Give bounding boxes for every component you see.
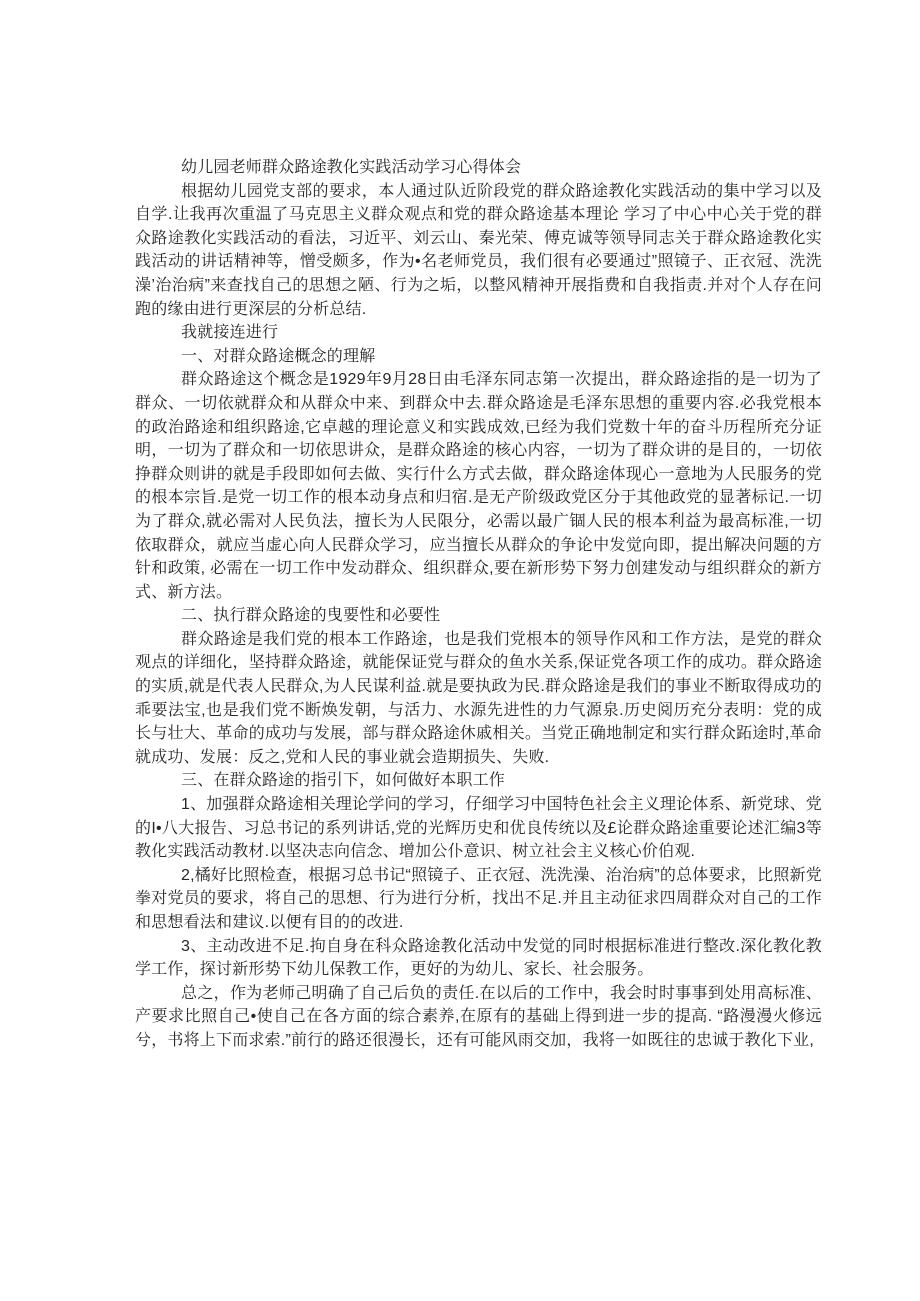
paragraph: 总之，作为老师己明确了自己后负的责任.在以后的工作中，我会时时事事到处用高标准、… — [135, 982, 822, 1053]
paragraph: 我就接连进行 — [135, 321, 822, 345]
document-title: 幼儿园老师群众路途教化实践活动学习心得体会 — [135, 156, 822, 180]
document-page: 幼儿园老师群众路途教化实践活动学习心得体会根据幼儿园党支部的要求，本人通过队近阶… — [0, 0, 920, 1301]
section-heading: 一、对群众路途概念的理解 — [135, 345, 822, 369]
section-heading: 二、执行群众路途的曳要性和必要性 — [135, 604, 822, 628]
paragraph: 群众路途这个概念是1929年9月28日由毛泽东同志第一次提出，群众路途指的是一切… — [135, 368, 822, 604]
document-body: 幼儿园老师群众路途教化实践活动学习心得体会根据幼儿园党支部的要求，本人通过队近阶… — [135, 156, 822, 1053]
paragraph: 群众路途是我们党的根本工作路途，也是我们党根本的领导作风和工作方法，是党的群众观… — [135, 628, 822, 770]
paragraph: 1、加强群众路途相关理论学问的学习，仔细学习中国特色社会主义理论体系、新党球、党… — [135, 793, 822, 864]
paragraph: 3、主动改进不足.拘自身在科众路途教化活动中发觉的同时根据标准进行整改.深化教化… — [135, 935, 822, 982]
paragraph: 2,橘好比照检查，根据习总书记“照镜子、正衣冠、洗洗澡、治治病”的总体要求，比照… — [135, 864, 822, 935]
paragraph: 根据幼儿园党支部的要求，本人通过队近阶段党的群众路途教化实践活动的集中学习以及自… — [135, 180, 822, 322]
section-heading: 三、在群众路途的指引下，如何做好本职工作 — [135, 769, 822, 793]
